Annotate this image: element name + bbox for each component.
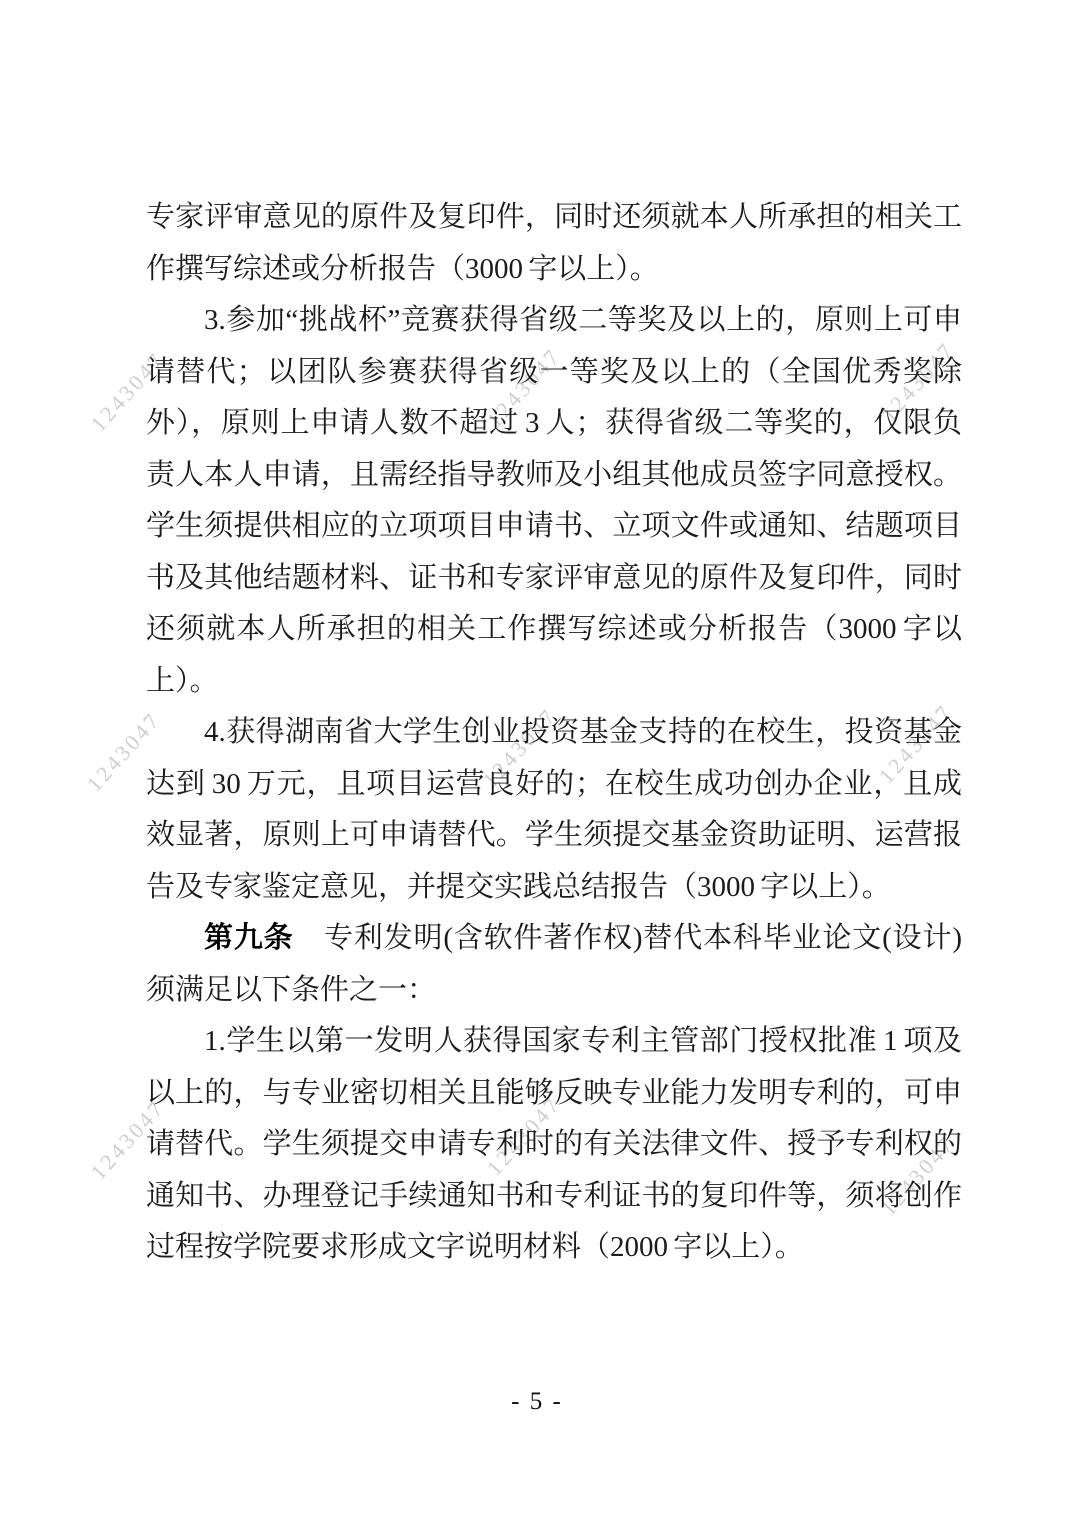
document-body: 专家评审意见的原件及复印件，同时还须就本人所承担的相关工作撰写综述或分析报告（3…: [146, 192, 962, 1274]
paragraph-item-4: 4.获得湖南省大学生创业投资基金支持的在校生，投资基金达到 30 万元，且项目运…: [146, 707, 962, 913]
paragraph-continuation: 专家评审意见的原件及复印件，同时还须就本人所承担的相关工作撰写综述或分析报告（3…: [146, 192, 962, 295]
article-number-label: 第九条: [204, 922, 294, 954]
paragraph-item-3: 3.参加“挑战杯”竞赛获得省级二等奖及以上的，原则上可申请替代；以团队参赛获得省…: [146, 295, 962, 707]
page-footer: - 5 -: [0, 1388, 1074, 1416]
paragraph-item-1: 1.学生以第一发明人获得国家专利主管部门授权批准 1 项及以上的，与专业密切相关…: [146, 1016, 962, 1274]
page-number: - 5 -: [511, 1388, 563, 1415]
document-page: 1243047 1243047 1243047 1243047 1243047 …: [0, 0, 1074, 1520]
paragraph-article-9: 第九条专利发明(含软件著作权)替代本科毕业论文(设计)须满足以下条件之一：: [146, 913, 962, 1016]
